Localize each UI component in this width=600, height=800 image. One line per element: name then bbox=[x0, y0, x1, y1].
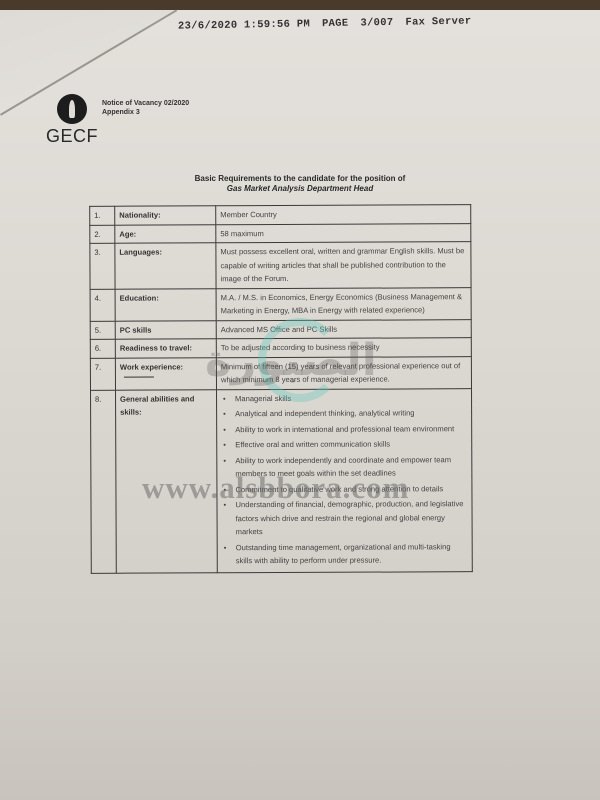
row-number: 3. bbox=[90, 243, 115, 289]
requirements-table: 1. Nationality: Member Country 2. Age: 5… bbox=[89, 204, 473, 573]
row-number: 7. bbox=[90, 358, 115, 390]
row-number: 8. bbox=[91, 390, 117, 573]
position-title: Gas Market Analysis Department Head bbox=[150, 184, 450, 194]
fax-page-label: PAGE bbox=[322, 18, 349, 30]
skills-list: Managerial skills Analytical and indepen… bbox=[221, 391, 468, 568]
row-value: M.A. / M.S. in Economics, Energy Economi… bbox=[216, 287, 471, 320]
title-line: Basic Requirements to the candidate for … bbox=[150, 174, 450, 184]
row-value: Must possess excellent oral, written and… bbox=[216, 242, 471, 289]
list-item: Outstanding time management, organizatio… bbox=[222, 540, 468, 568]
row-label: Languages: bbox=[115, 243, 216, 289]
document-title: Basic Requirements to the candidate for … bbox=[150, 174, 450, 194]
table-row: 8. General abilities and skills: Manager… bbox=[91, 388, 473, 573]
row-label: Education: bbox=[115, 288, 216, 320]
row-label: Nationality: bbox=[115, 206, 216, 225]
row-value: 58 maximum bbox=[216, 223, 471, 243]
row-value: Minimum of fifteen (15) years of relevan… bbox=[216, 356, 471, 389]
list-item: Understanding of financial, demographic,… bbox=[221, 497, 467, 539]
row-value: To be adjusted according to business nec… bbox=[216, 338, 471, 358]
row-number: 6. bbox=[90, 339, 115, 358]
table-row: 2. Age: 58 maximum bbox=[90, 223, 471, 243]
fax-server: Fax Server bbox=[405, 16, 471, 29]
row-value: Advanced MS Office and PC Skills bbox=[216, 319, 471, 339]
row-label: PC skills bbox=[115, 320, 216, 339]
row-value: Member Country bbox=[216, 205, 471, 225]
appendix-label: Appendix 3 bbox=[102, 108, 189, 117]
fax-datetime: 23/6/2020 1:59:56 PM bbox=[178, 18, 310, 32]
row-label: General abilities and skills: bbox=[116, 389, 218, 572]
table-row: 5. PC skills Advanced MS Office and PC S… bbox=[90, 319, 471, 339]
table-row: 4. Education: M.A. / M.S. in Economics, … bbox=[90, 287, 471, 321]
table-row: 7. Work experience: Minimum of fifteen (… bbox=[90, 356, 471, 390]
table-row: 6. Readiness to travel: To be adjusted a… bbox=[90, 338, 471, 358]
table-row: 3. Languages: Must possess excellent ora… bbox=[90, 242, 471, 289]
row-value: Managerial skills Analytical and indepen… bbox=[217, 388, 473, 572]
list-item: Ability to work in international and pro… bbox=[221, 422, 467, 437]
row-number: 2. bbox=[90, 225, 115, 244]
row-label: Age: bbox=[115, 224, 216, 243]
notice-block: Notice of Vacancy 02/2020 Appendix 3 bbox=[102, 99, 189, 117]
row-label: Readiness to travel: bbox=[115, 339, 216, 358]
row-number: 4. bbox=[90, 289, 115, 321]
gecf-flame-logo-icon bbox=[57, 94, 87, 124]
notice-of-vacancy: Notice of Vacancy 02/2020 bbox=[102, 99, 189, 108]
row-label: Work experience: bbox=[120, 362, 183, 371]
row-number: 5. bbox=[90, 321, 115, 340]
fax-page-number: 3/007 bbox=[360, 17, 393, 30]
list-item: Managerial skills bbox=[221, 391, 467, 406]
list-item: Ability to work independently and coordi… bbox=[221, 453, 467, 481]
row-label-cell: Work experience: bbox=[115, 357, 216, 389]
list-item: Analytical and independent thinking, ana… bbox=[221, 406, 467, 421]
handwritten-underline bbox=[124, 377, 154, 378]
table-row: 1. Nationality: Member Country bbox=[90, 205, 471, 225]
brand-name: GECF bbox=[46, 126, 98, 147]
row-number: 1. bbox=[90, 206, 115, 225]
list-item: Effective oral and written communication… bbox=[221, 437, 467, 452]
list-item: Commitment to qualitative work and stron… bbox=[221, 482, 467, 497]
